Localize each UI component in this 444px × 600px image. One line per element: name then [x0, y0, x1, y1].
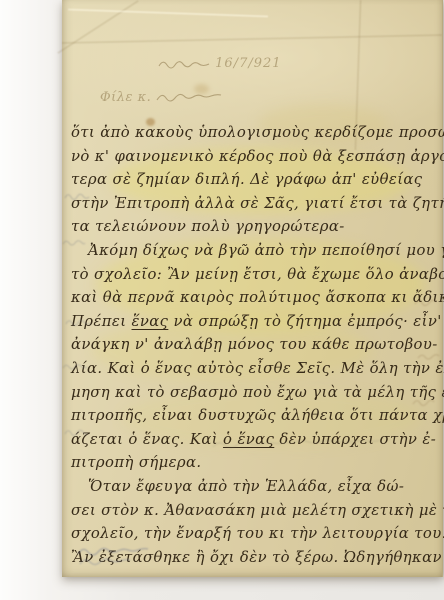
letter-line: πιτροπῆς, εἶναι δυστυχῶς ἀλήθεια ὅτι πάν…: [71, 404, 437, 428]
letter-line: σει στὸν κ. Ἀθανασάκη μιὰ μελέτη σχετικὴ…: [71, 499, 437, 523]
letter-line: μηση καὶ τὸ σεβασμὸ ποὺ ἔχω γιὰ τὰ μέλη …: [71, 381, 437, 405]
letter-paper-page: 16/7/921 Φίλε κ. ὅτι ἀπὸ κακοὺς ὑπολογισ…: [62, 0, 443, 577]
letter-line: σχολεῖο, τὴν ἔναρξή του κι τὴν λειτουργί…: [71, 522, 437, 546]
letter-line: στὴν Ἐπιτροπὴ ἀλλὰ σὲ Σᾶς, γιατί ἔτσι τὰ…: [71, 192, 437, 216]
letter-line: τὸ σχολεῖο: Ἂν μείνῃ ἔτσι, θὰ ἔχωμε ὅλο …: [71, 263, 437, 287]
letter-line: Ὅταν ἔφευγα ἀπὸ τὴν Ἑλλάδα, εἶχα δώ-: [71, 475, 437, 499]
letter-line: λία. Καὶ ὁ ἕνας αὐτὸς εἶσθε Σεῖς. Μὲ ὅλη…: [71, 357, 437, 381]
illegible-name-scribble: [156, 92, 222, 107]
paper-crease-highlight: [68, 9, 268, 18]
letter-body: ὅτι ἀπὸ κακοὺς ὑπολογισμοὺς κερδίζομε πρ…: [71, 121, 437, 569]
paper-crease: [62, 34, 442, 44]
letter-line: τα τελειώνουν πολὺ γρηγορώτερα-: [71, 215, 437, 239]
letter-line: άζεται ὁ ἕνας. Καὶ ὁ ἕνας δὲν ὑπάρχει στ…: [71, 428, 437, 452]
letter-line: Ἂν ἐξετάσθηκε ἢ ὄχι δὲν τὸ ξέρω. Ὠδηγήθη…: [71, 546, 437, 570]
header-date-text: 16/7/921: [215, 56, 281, 71]
paper-crease: [57, 0, 139, 54]
letter-line: Πρέπει ἕνας νὰ σπρώξῃ τὸ ζήτημα ἐμπρός· …: [71, 310, 437, 334]
letter-line: νὸ κ' φαινομενικὸ κέρδος ποὺ θὰ ξεσπάσῃ …: [71, 145, 437, 169]
illegible-place-scribble: [158, 58, 210, 73]
salutation-text: Φίλε κ.: [100, 90, 151, 105]
letter-line: ὅτι ἀπὸ κακοὺς ὑπολογισμοὺς κερδίζομε πρ…: [71, 121, 437, 145]
header-date-line: 16/7/921: [158, 56, 282, 73]
letter-line: ἀνάγκη ν' ἀναλάβῃ μόνος του κάθε πρωτοβο…: [71, 333, 437, 357]
header-salutation: Φίλε κ.: [100, 90, 222, 107]
letter-line: τερα σὲ ζημίαν διπλή. Δὲ γράφω ἀπ' εὐθεί…: [71, 168, 437, 192]
letter-line: Ἀκόμη δίχως νὰ βγῶ ἀπὸ τὴν πεποίθησί μου…: [71, 239, 437, 263]
letter-line: πιτροπὴ σήμερα.: [71, 451, 437, 475]
letter-line: καὶ θὰ περνᾶ καιρὸς πολύτιμος ἄσκοπα κι …: [71, 286, 437, 310]
